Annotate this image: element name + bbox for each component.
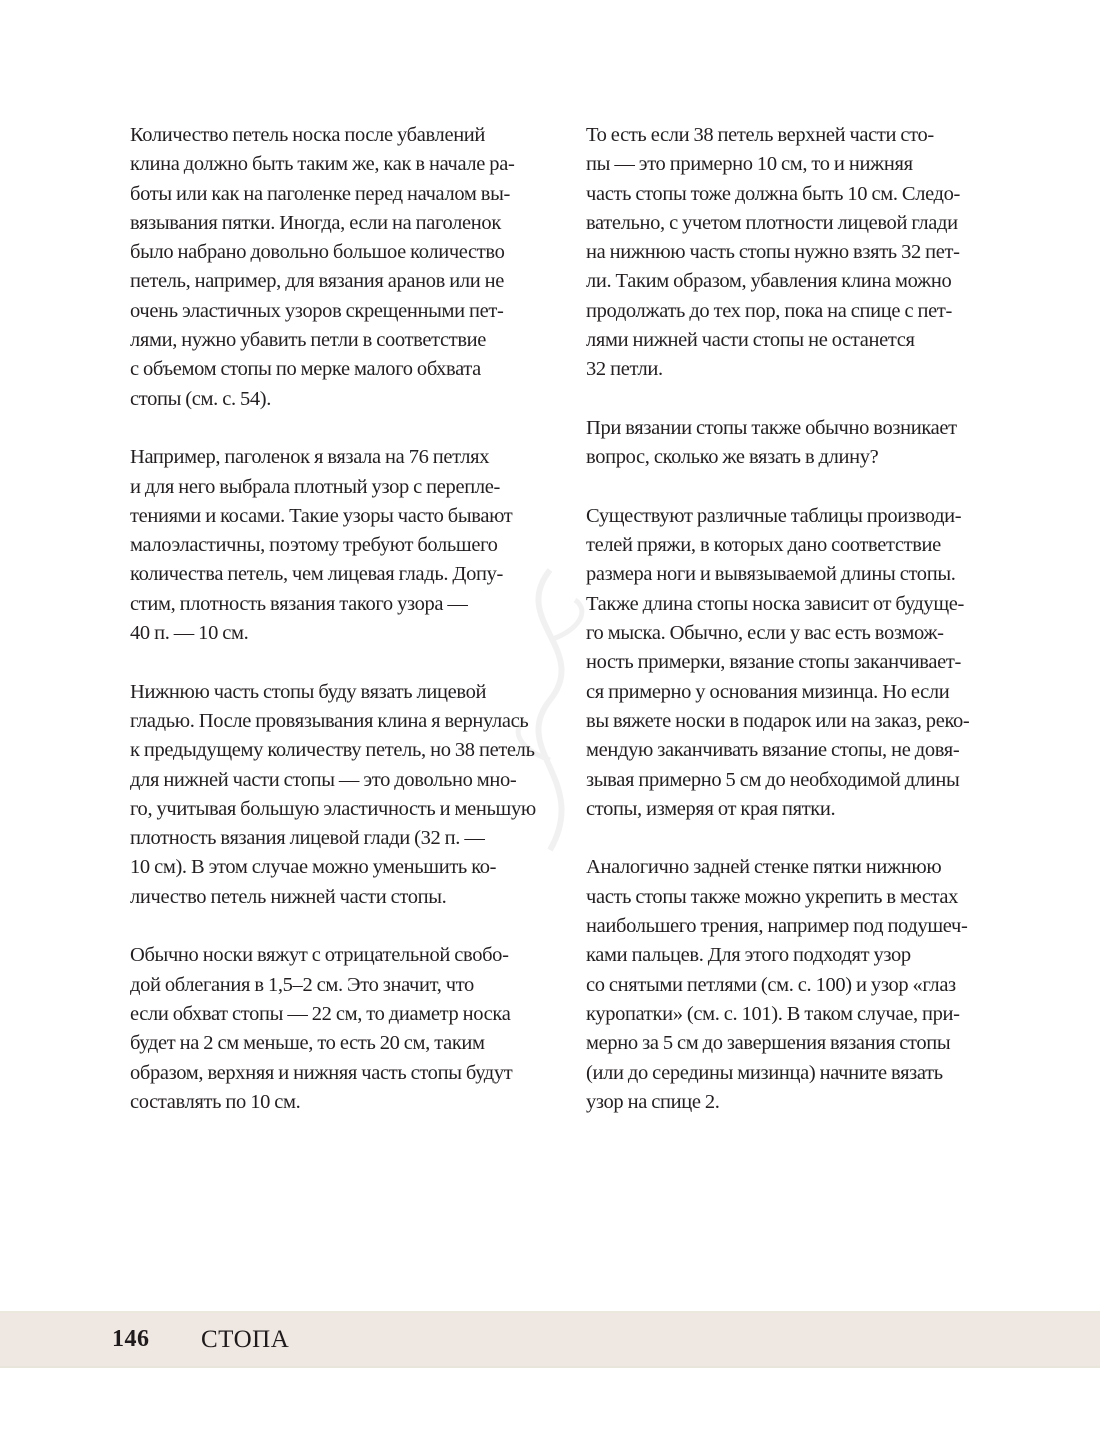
- paragraph: То есть если 38 петель верхней части сто…: [586, 121, 1026, 385]
- paragraph: Аналогично задней стенке пятки нижнюю ча…: [586, 853, 1026, 1117]
- book-page: Количество петель носка после убавлений …: [0, 0, 1100, 1455]
- paragraph: Количество петель носка после убавлений …: [130, 121, 570, 414]
- left-text-column: Количество петель носка после убавлений …: [130, 121, 570, 1146]
- paragraph: Обычно носки вяжут с отрицательной свобо…: [130, 941, 570, 1117]
- page-footer: 146 СТОПА: [0, 1311, 1100, 1368]
- page-number: 146: [112, 1326, 150, 1353]
- right-text-column: То есть если 38 петель верхней части сто…: [586, 121, 1026, 1146]
- paragraph: Например, паголенок я вязала на 76 петля…: [130, 443, 570, 648]
- chapter-title: СТОПА: [201, 1326, 289, 1354]
- paragraph: При вязании стопы также обычно возникает…: [586, 414, 1026, 473]
- paragraph: Нижнюю часть стопы буду вязать лицевой г…: [130, 678, 570, 912]
- paragraph: Существуют различные таблицы производи- …: [586, 502, 1026, 824]
